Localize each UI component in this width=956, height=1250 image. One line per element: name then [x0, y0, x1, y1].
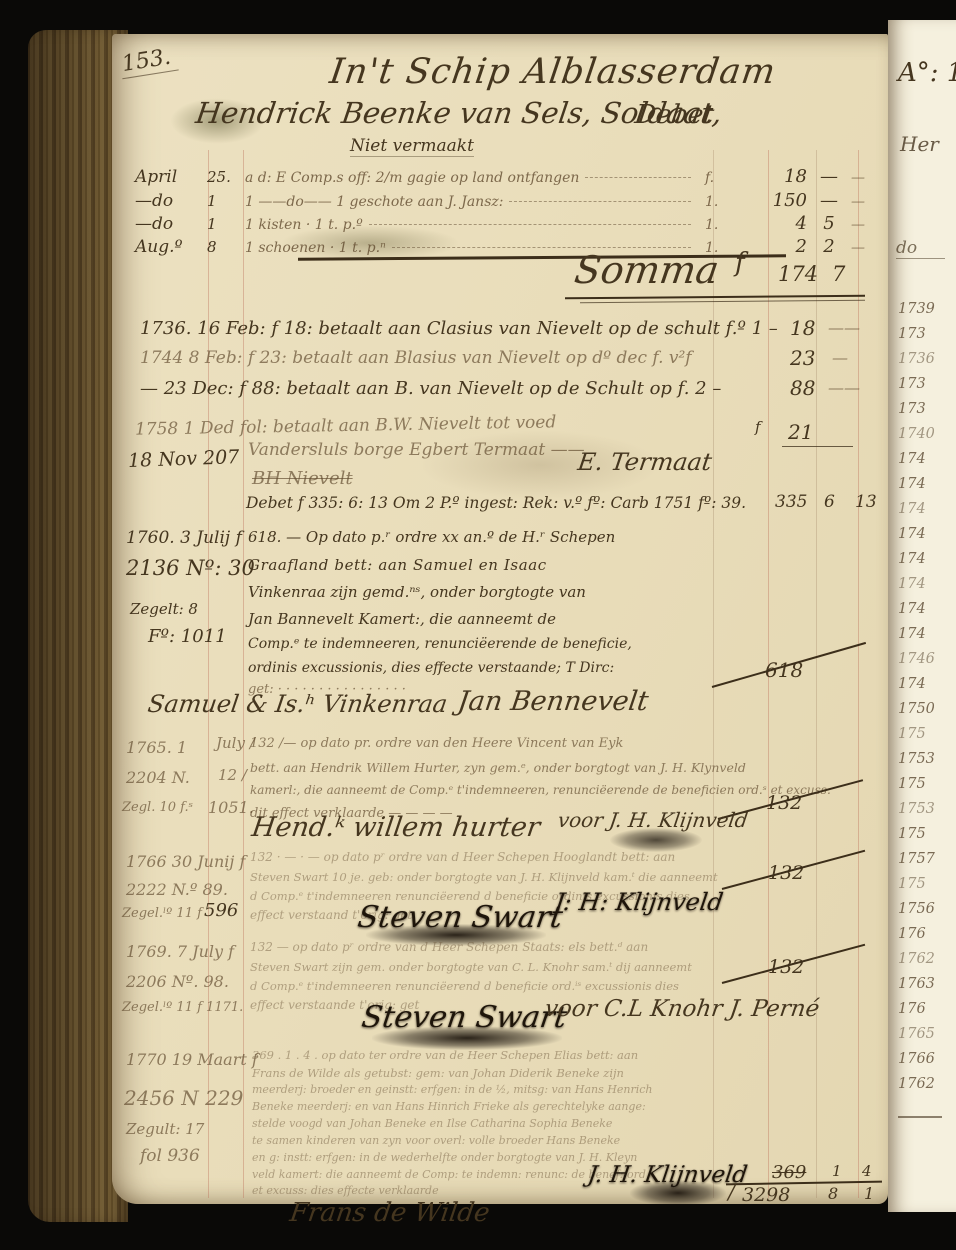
body-line: 618. — Op dato p.ʳ ordre xx an.º de H.ʳ …: [248, 528, 615, 546]
year-fragment: 1762: [898, 1075, 935, 1094]
stuivers-cell: 5: [807, 213, 851, 234]
body-line: Vinkenraa zijn gemd.ⁿˢ, onder borgtogte …: [248, 583, 586, 601]
de-wilde-signature: Frans de Wilde: [288, 1198, 492, 1228]
year-fragment: 174: [898, 450, 935, 469]
payment-dash: ——: [828, 378, 860, 397]
ship-title: In't Schip Alblasserdam: [327, 52, 778, 92]
day-cell: 1: [207, 192, 245, 210]
body-line: 132 /— op dato pr. ordre van den Heere V…: [250, 736, 623, 751]
year-fragment: 174: [898, 575, 935, 594]
margin-folio: 1051.: [208, 798, 254, 817]
body-line: Beneke meerderj: en van Hans Hinrich Fri…: [252, 1100, 646, 1113]
year-fragment: 1762: [898, 950, 935, 969]
month-cell: April: [135, 167, 207, 187]
year-fragment: 1757: [898, 850, 935, 869]
year-fragment: 1766: [898, 1050, 935, 1069]
margin-zegel: Zegl. 10 f.ˢ: [122, 800, 193, 815]
ledger-entry-row: —do 1 1 ——do—— 1 geschote aan J. Jansz: …: [135, 190, 877, 211]
margin-number: 2206 Nº. 98.: [126, 972, 229, 991]
payment-line: 1744 8 Feb: f 23: betaalt aan Blasius va…: [140, 348, 692, 368]
year-fragment: 174: [898, 475, 935, 494]
margin-month: July /: [216, 734, 255, 752]
margin-zegel: Zegel.ˡº 11 f 1171.: [122, 1000, 243, 1015]
dotted-leader: [369, 224, 691, 225]
money-column-rule: [816, 150, 817, 1198]
final-total-penningen: 1: [864, 1184, 874, 1203]
payment-amount: 88: [790, 376, 815, 400]
margin-folio: Fº: 1011: [148, 626, 227, 647]
guilders-cell: 150: [757, 190, 807, 211]
struck-total-penningen: 4: [862, 1162, 872, 1180]
year-fragment: 175: [898, 875, 935, 894]
body-line: 369 . 1 . 4 . op dato ter ordre van de H…: [252, 1048, 638, 1062]
body-line: ordinis excussionis, dies effecte versta…: [248, 660, 614, 676]
margin-date: 1769. 7 July f: [126, 942, 234, 961]
body-line: stelde voogd van Johan Beneke en Ilse Ca…: [252, 1117, 612, 1130]
year-fragment: 1736: [898, 350, 935, 369]
stuivers-cell: —: [807, 190, 851, 211]
facing-ditto-mark: do: [896, 238, 945, 259]
day-cell: 1: [207, 215, 245, 233]
penningen-cell: —: [851, 217, 877, 233]
balance-guilders: 335: [775, 492, 807, 512]
year-fragment: 174: [898, 525, 935, 544]
swart-signature: Steven Swart: [356, 900, 565, 935]
day-cell: 8: [207, 238, 245, 256]
knohr-perne-signature: voor C.L Knohr J. Perné: [543, 996, 821, 1022]
year-fragment: 1753: [898, 750, 935, 769]
margin-folio: fol 936: [140, 1146, 200, 1166]
payment-line: 1736. 16 Feb: f 18: betaalt aan Clasius …: [140, 318, 778, 339]
niet-vermaakt-note: Niet vermaakt: [350, 136, 474, 157]
body-line: te samen kinderen van zyn voor overl: vo…: [252, 1134, 620, 1147]
body-line: Jan Bannevelt Kamert:, die aanneemt de: [248, 610, 556, 628]
vinkenraa-signature: Samuel & Is.ʰ Vinkenraa: [146, 690, 449, 718]
description-cell: 1 kisten · 1 t. p.º: [245, 217, 369, 233]
money-column-rule: [713, 150, 714, 1198]
body-line: Comp.ᵉ te indemneeren, renunciëerende de…: [248, 636, 632, 652]
balance-penningen: 13: [855, 492, 877, 512]
year-fragment: 173: [898, 325, 935, 344]
margin-zegel: Zegelt: 8: [130, 600, 198, 618]
body-line: en g: instt: erfgen: in de wederhelfte o…: [252, 1151, 637, 1164]
margin-date: 1766 30 Junij f: [126, 852, 245, 871]
body-line: 132 · — · — op dato pʳ ordre van d Heer …: [250, 850, 675, 864]
florin-mark: f.: [691, 170, 757, 186]
year-fragment: 174: [898, 600, 935, 619]
description-cell: a d: E Comp.s off: 2/m gagie op land ont…: [245, 170, 585, 186]
year-fragment: 1765: [898, 1025, 935, 1044]
final-total-stuivers: 8: [828, 1184, 838, 1203]
payment-amount: 23: [790, 346, 815, 370]
body-line: 132 — op dato pʳ ordre van d Heer Schepe…: [250, 940, 648, 954]
facing-page-word: Her: [900, 132, 939, 156]
dotted-leader: [585, 177, 691, 178]
margin-reference: 18 Nov 207: [128, 446, 240, 472]
year-fragment: 1739: [898, 300, 935, 319]
year-fragment: 173: [898, 400, 935, 419]
month-cell: —do: [135, 214, 207, 234]
somma-guilders: 174: [778, 262, 818, 286]
margin-number: 2222 N.º 89.: [126, 880, 228, 899]
month-cell: —do: [135, 191, 207, 211]
crossed-out-name: BH Nievelt: [252, 468, 353, 489]
year-annotation: A°: 17: [898, 58, 956, 88]
facing-rule: [898, 1116, 942, 1118]
year-fragment: 175: [898, 725, 935, 744]
florin-mark: f: [755, 418, 761, 436]
somma-label: Somma: [572, 248, 722, 292]
klijnveld-signature: voor J. H. Klijnveld: [556, 808, 749, 832]
penningen-cell: —: [851, 240, 877, 256]
bennevelt-signature: Jan Bennevelt: [456, 686, 651, 717]
body-line: Frans de Wilde als getubst: gem: van Joh…: [252, 1066, 624, 1080]
year-fragment: 1746: [898, 650, 935, 669]
margin-folio: 596: [204, 900, 238, 921]
month-cell: Aug.º: [135, 237, 207, 257]
margin-number: 2456 N 229: [124, 1086, 243, 1110]
year-fragment: 176: [898, 925, 935, 944]
margin-number: 2204 N.: [126, 768, 190, 787]
debet-label: Debet: [633, 100, 716, 130]
payment-dash: ——: [828, 318, 860, 337]
stuivers-cell: 2: [807, 236, 851, 257]
margin-date: 1765. 1: [126, 738, 187, 757]
balance-stuivers: 6: [824, 492, 835, 512]
year-fragment: 175: [898, 775, 935, 794]
margin-zegel: Zegult: 17: [126, 1120, 204, 1138]
year-fragment: 175: [898, 825, 935, 844]
facing-year-column: 1739 173 1736 173 173 1740 174 174 174 1…: [898, 300, 935, 1094]
penningen-cell: —: [851, 194, 877, 210]
body-line: bett. aan Hendrik Willem Hurter, zyn gem…: [250, 760, 746, 775]
body-line: et excuss: dies effecte verklaarde: [252, 1184, 439, 1197]
year-fragment: 174: [898, 625, 935, 644]
dotted-leader: [509, 201, 691, 202]
stuivers-cell: —: [807, 166, 851, 187]
year-fragment: 1750: [898, 700, 935, 719]
year-fragment: 174: [898, 675, 935, 694]
year-fragment: 174: [898, 550, 935, 569]
description-cell: 1 schoenen · 1 t. p.ⁿ: [245, 240, 392, 256]
swart-signature: Steven Swart: [360, 1000, 569, 1035]
year-fragment: 173: [898, 375, 935, 394]
column-rule: [243, 150, 244, 1198]
money-column-rule: [858, 150, 859, 1198]
payment-dash: —: [832, 348, 848, 367]
somma-florin: f: [735, 248, 745, 278]
year-fragment: 1756: [898, 900, 935, 919]
body-line: Steven Swart zijn gem. onder borgtogte v…: [250, 960, 692, 974]
scanned-ledger-photo: 153. In't Schip Alblasserdam A°: 17 Hend…: [0, 0, 956, 1250]
hurter-signature: Hend.ᵏ willem hurter: [250, 812, 542, 843]
surety-line: Vandersluls borge Egbert Termaat ——: [248, 440, 585, 460]
body-line: meerderj: broeder en geinstt: erfgen: in…: [252, 1083, 652, 1096]
year-fragment: 1763: [898, 975, 935, 994]
penningen-cell: —: [851, 170, 877, 186]
termaat-signature: E. Termaat: [576, 448, 714, 476]
guilders-cell: 18: [757, 166, 807, 187]
payment-line: — 23 Dec: f 88: betaalt aan B. van Nieve…: [140, 378, 721, 399]
final-total-guilders: 3298: [742, 1184, 790, 1206]
debet-balance-line: Debet f 335: 6: 13 Om 2 P.º ingest: Rek:…: [246, 494, 746, 512]
margin-date: 1760. 3 Julij f: [126, 528, 242, 548]
body-line: d Comp.ᵉ t'indemneeren renunciëerend d b…: [250, 979, 679, 993]
margin-zegel: Zegel.ˡº 11 f: [122, 906, 202, 921]
ledger-entry-row: —do 1 1 kisten · 1 t. p.º 1. 4 5 —: [135, 213, 877, 234]
total-slash: /: [728, 1180, 735, 1204]
florin-mark: 1.: [691, 194, 757, 210]
column-rule: [208, 150, 209, 1198]
year-fragment: 174: [898, 500, 935, 519]
body-line: Steven Swart 10 je. geb: onder borgtogte…: [250, 870, 718, 884]
klijnveld-signature: J: H: Klijnveld: [553, 888, 725, 916]
payment-amount: 18: [790, 316, 815, 340]
ledger-entry-row: April 25. a d: E Comp.s off: 2/m gagie o…: [135, 166, 877, 187]
body-line: kamerl:, die aanneemt de Comp.ᵉ t'indemn…: [250, 783, 831, 797]
year-fragment: 176: [898, 1000, 935, 1019]
klijnveld-signature: J. H. Klijnveld: [586, 1162, 749, 1188]
struck-total-guilders: 369: [772, 1162, 806, 1183]
day-cell: 25.: [207, 168, 245, 186]
payment-amount: 21: [782, 420, 853, 447]
description-cell: 1 ——do—— 1 geschote aan J. Jansz:: [245, 194, 509, 210]
margin-number-2: 12 /: [218, 766, 247, 784]
florin-mark: 1.: [691, 217, 757, 233]
body-line: Graafland bett: aan Samuel en Isaac: [248, 556, 547, 574]
struck-total-stuivers: 1: [832, 1162, 842, 1180]
margin-date: 1770 19 Maart f: [126, 1050, 258, 1069]
year-fragment: 1753: [898, 800, 935, 819]
year-fragment: 1740: [898, 425, 935, 444]
guilders-cell: 4: [757, 213, 807, 234]
somma-stuivers: 7: [832, 262, 845, 286]
margin-number: 2136 Nº: 30: [126, 556, 255, 580]
